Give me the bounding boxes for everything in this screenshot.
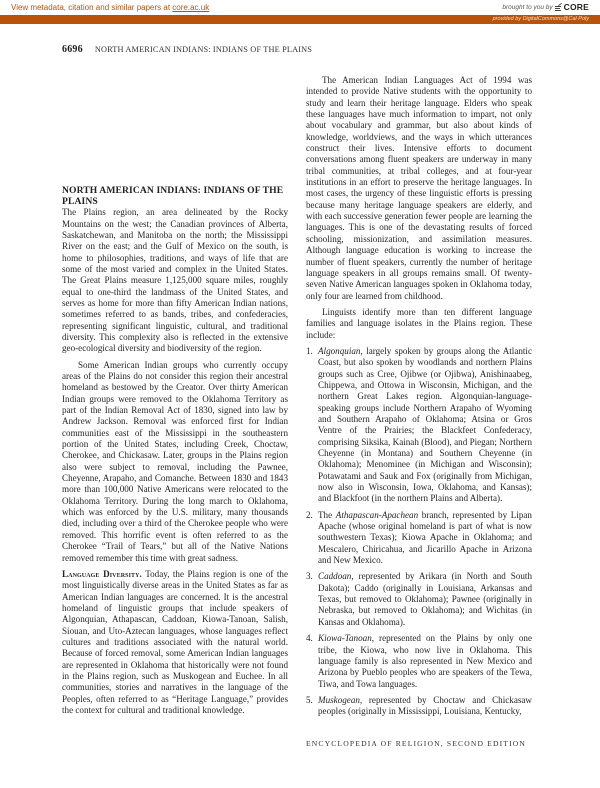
list-number: 3. <box>306 571 313 582</box>
right-column: The American Indian Languages Act of 199… <box>306 75 532 723</box>
language-desc: , represented by Arikara (in North and S… <box>318 571 532 626</box>
brought-by-text: brought to you by <box>502 4 552 11</box>
running-head: 6696NORTH AMERICAN INDIANS: INDIANS OF T… <box>62 39 312 57</box>
section-heading-language-diversity: Language Diversity. <box>62 569 142 579</box>
provided-by-link[interactable]: provided by DigitalCommons@Cal Poly <box>493 16 589 22</box>
core-metadata-line: View metadata, citation and similar pape… <box>11 3 209 12</box>
paragraph-linguists: Linguists identify more than ten differe… <box>306 307 532 341</box>
language-name: Algonquian <box>318 346 360 356</box>
list-number: 5. <box>306 695 313 706</box>
paragraph-languages-act: The American Indian Languages Act of 199… <box>306 75 532 302</box>
list-item: 1.Algonquian, largely spoken by groups a… <box>306 346 532 505</box>
page-footer: ENCYCLOPEDIA OF RELIGION, SECOND EDITION <box>306 739 532 748</box>
core-brand[interactable]: brought to you by CORE <box>502 2 589 12</box>
core-link[interactable]: core.ac.uk <box>172 3 209 12</box>
running-title: NORTH AMERICAN INDIANS: INDIANS OF THE P… <box>95 45 312 54</box>
list-number: 4. <box>306 633 313 644</box>
list-number: 2. <box>306 510 313 521</box>
paragraph-language-diversity: Language Diversity. Today, the Plains re… <box>62 569 288 716</box>
list-item: 4.Kiowa-Tanoan, represented on the Plain… <box>306 633 532 690</box>
language-name: Caddoan <box>318 571 351 581</box>
core-logo-text: CORE <box>564 2 589 12</box>
core-logo-icon <box>555 3 562 11</box>
language-family-list: 1.Algonquian, largely spoken by groups a… <box>306 346 532 718</box>
page-number: 6696 <box>62 44 83 55</box>
list-item: 5.Muskogean, represented by Choctaw and … <box>306 695 532 718</box>
paragraph-removal: Some American Indian groups who currentl… <box>62 360 288 564</box>
core-provided-bar: provided by DigitalCommons@Cal Poly <box>0 15 600 24</box>
list-number: 1. <box>306 346 313 357</box>
section-text: Today, the Plains region is one of the m… <box>62 569 288 715</box>
core-banner-top: View metadata, citation and similar pape… <box>0 0 600 15</box>
article-title: NORTH AMERICAN INDIANS: INDIANS OF THE P… <box>62 186 288 207</box>
language-name: Athapascan-Apachean <box>336 510 418 520</box>
language-desc: , largely spoken by groups along the Atl… <box>318 346 532 503</box>
list-item: 2.The Athapascan-Apachean branch, repres… <box>306 510 532 567</box>
paragraph-intro: The Plains region, an area delineated by… <box>62 207 288 354</box>
core-metadata-prefix: View metadata, citation and similar pape… <box>11 3 172 12</box>
language-name: Kiowa-Tanoan <box>318 633 372 643</box>
list-item: 3.Caddoan, represented by Arikara (in No… <box>306 571 532 628</box>
left-column: NORTH AMERICAN INDIANS: INDIANS OF THE P… <box>62 186 288 716</box>
language-name: Muskogean <box>318 695 360 705</box>
language-prefix: The <box>318 510 336 520</box>
